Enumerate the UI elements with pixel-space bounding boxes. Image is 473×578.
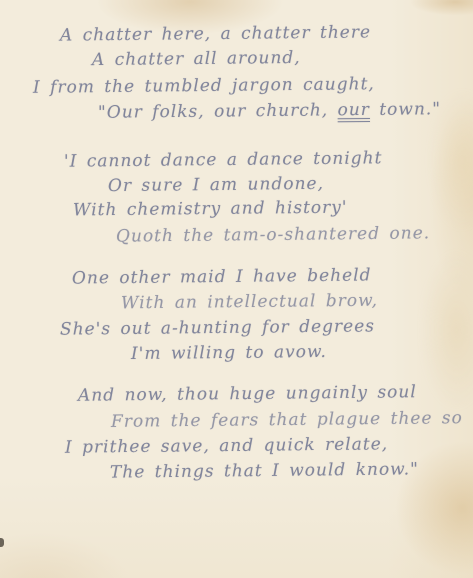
poem-line-s1-l4: "Our folks, our church, our town." [98, 99, 441, 123]
poem-line-s3-l4: I'm willing to avow. [131, 342, 327, 364]
poem-line-s4-l3: I prithee save, and quick relate, [65, 434, 388, 457]
poem-line-s1-l1: A chatter here, a chatter there [60, 22, 371, 45]
poem-line-s2-l4: Quoth the tam-o-shantered one. [116, 223, 430, 246]
poem-line-s2-l3: With chemistry and history' [73, 198, 348, 221]
water-stain-right-lower [421, 250, 473, 410]
quote-segment-pre: "Our folks, our church, [98, 100, 338, 123]
poem-line-s2-l2: Or sure I am undone, [108, 174, 324, 196]
poem-line-s3-l1: One other maid I have beheld [72, 265, 372, 288]
poem-line-s2-l1: 'I cannot dance a dance tonight [64, 148, 383, 171]
poem-line-s1-l2: A chatter all around, [92, 48, 301, 70]
manuscript-page: A chatter here, a chatter there A chatte… [0, 0, 473, 578]
quote-segment-post: town." [370, 99, 441, 120]
poem-line-s3-l2: With an intellectual brow, [121, 291, 378, 314]
poem-line-s1-l3: I from the tumbled jargon caught, [33, 74, 375, 98]
poem-line-s3-l3: She's out a-hunting for degrees [60, 316, 375, 339]
underlined-word-our: our [337, 100, 370, 120]
poem-line-s4-l1: And now, thou huge ungainly soul [78, 382, 417, 406]
poem-line-s4-l4: The things that I would know." [110, 459, 419, 482]
left-edge-mark [0, 538, 4, 547]
poem-line-s4-l2: From the fears that plague thee so [111, 408, 463, 432]
